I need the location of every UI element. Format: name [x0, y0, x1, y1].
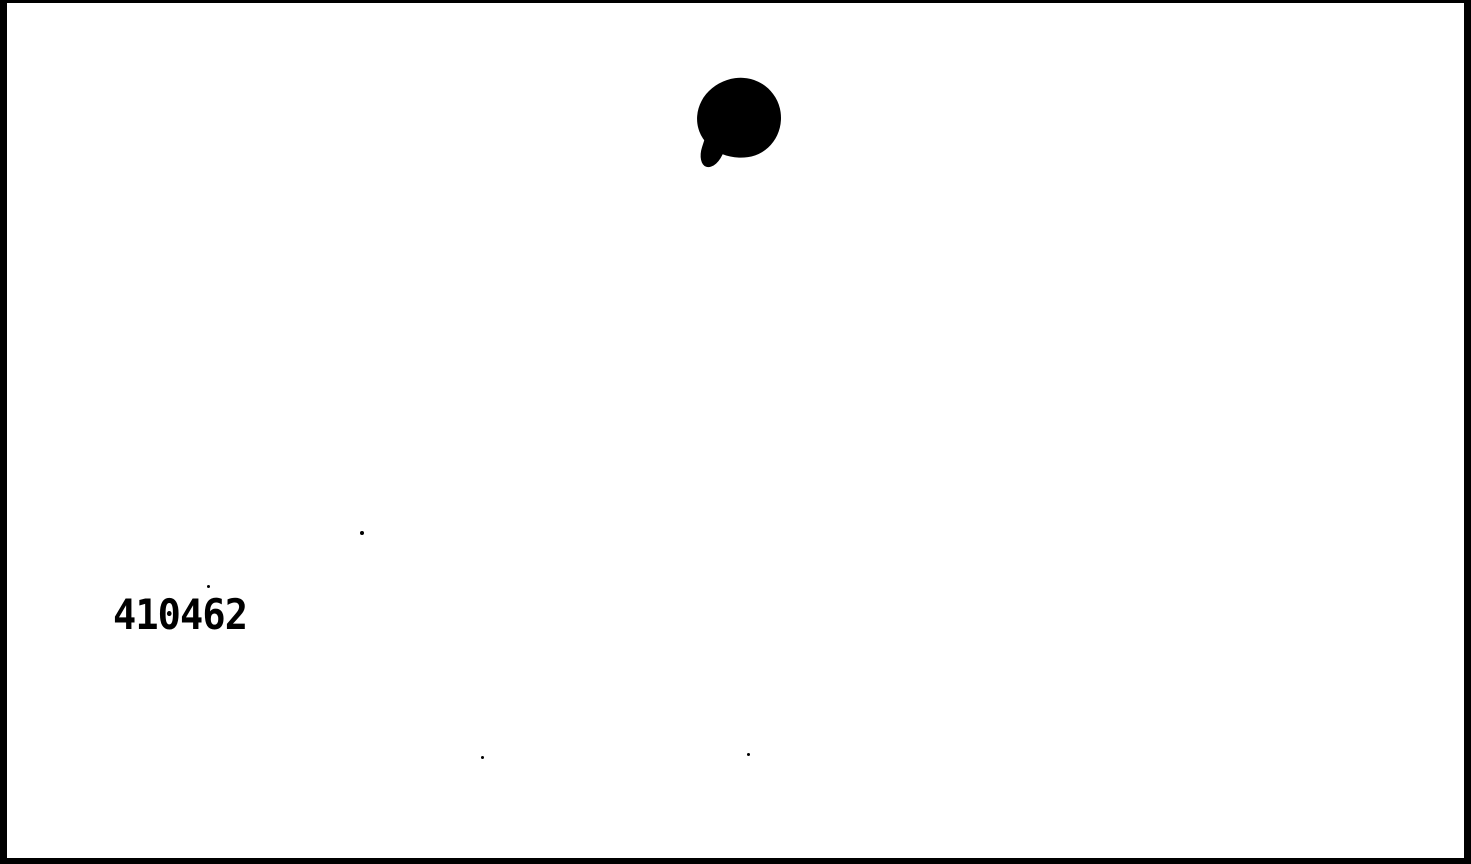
dust-speck — [481, 756, 484, 759]
dust-speck — [747, 753, 750, 756]
card-number: 410462 — [113, 594, 247, 636]
dust-speck — [207, 585, 210, 588]
dust-speck — [360, 531, 364, 535]
